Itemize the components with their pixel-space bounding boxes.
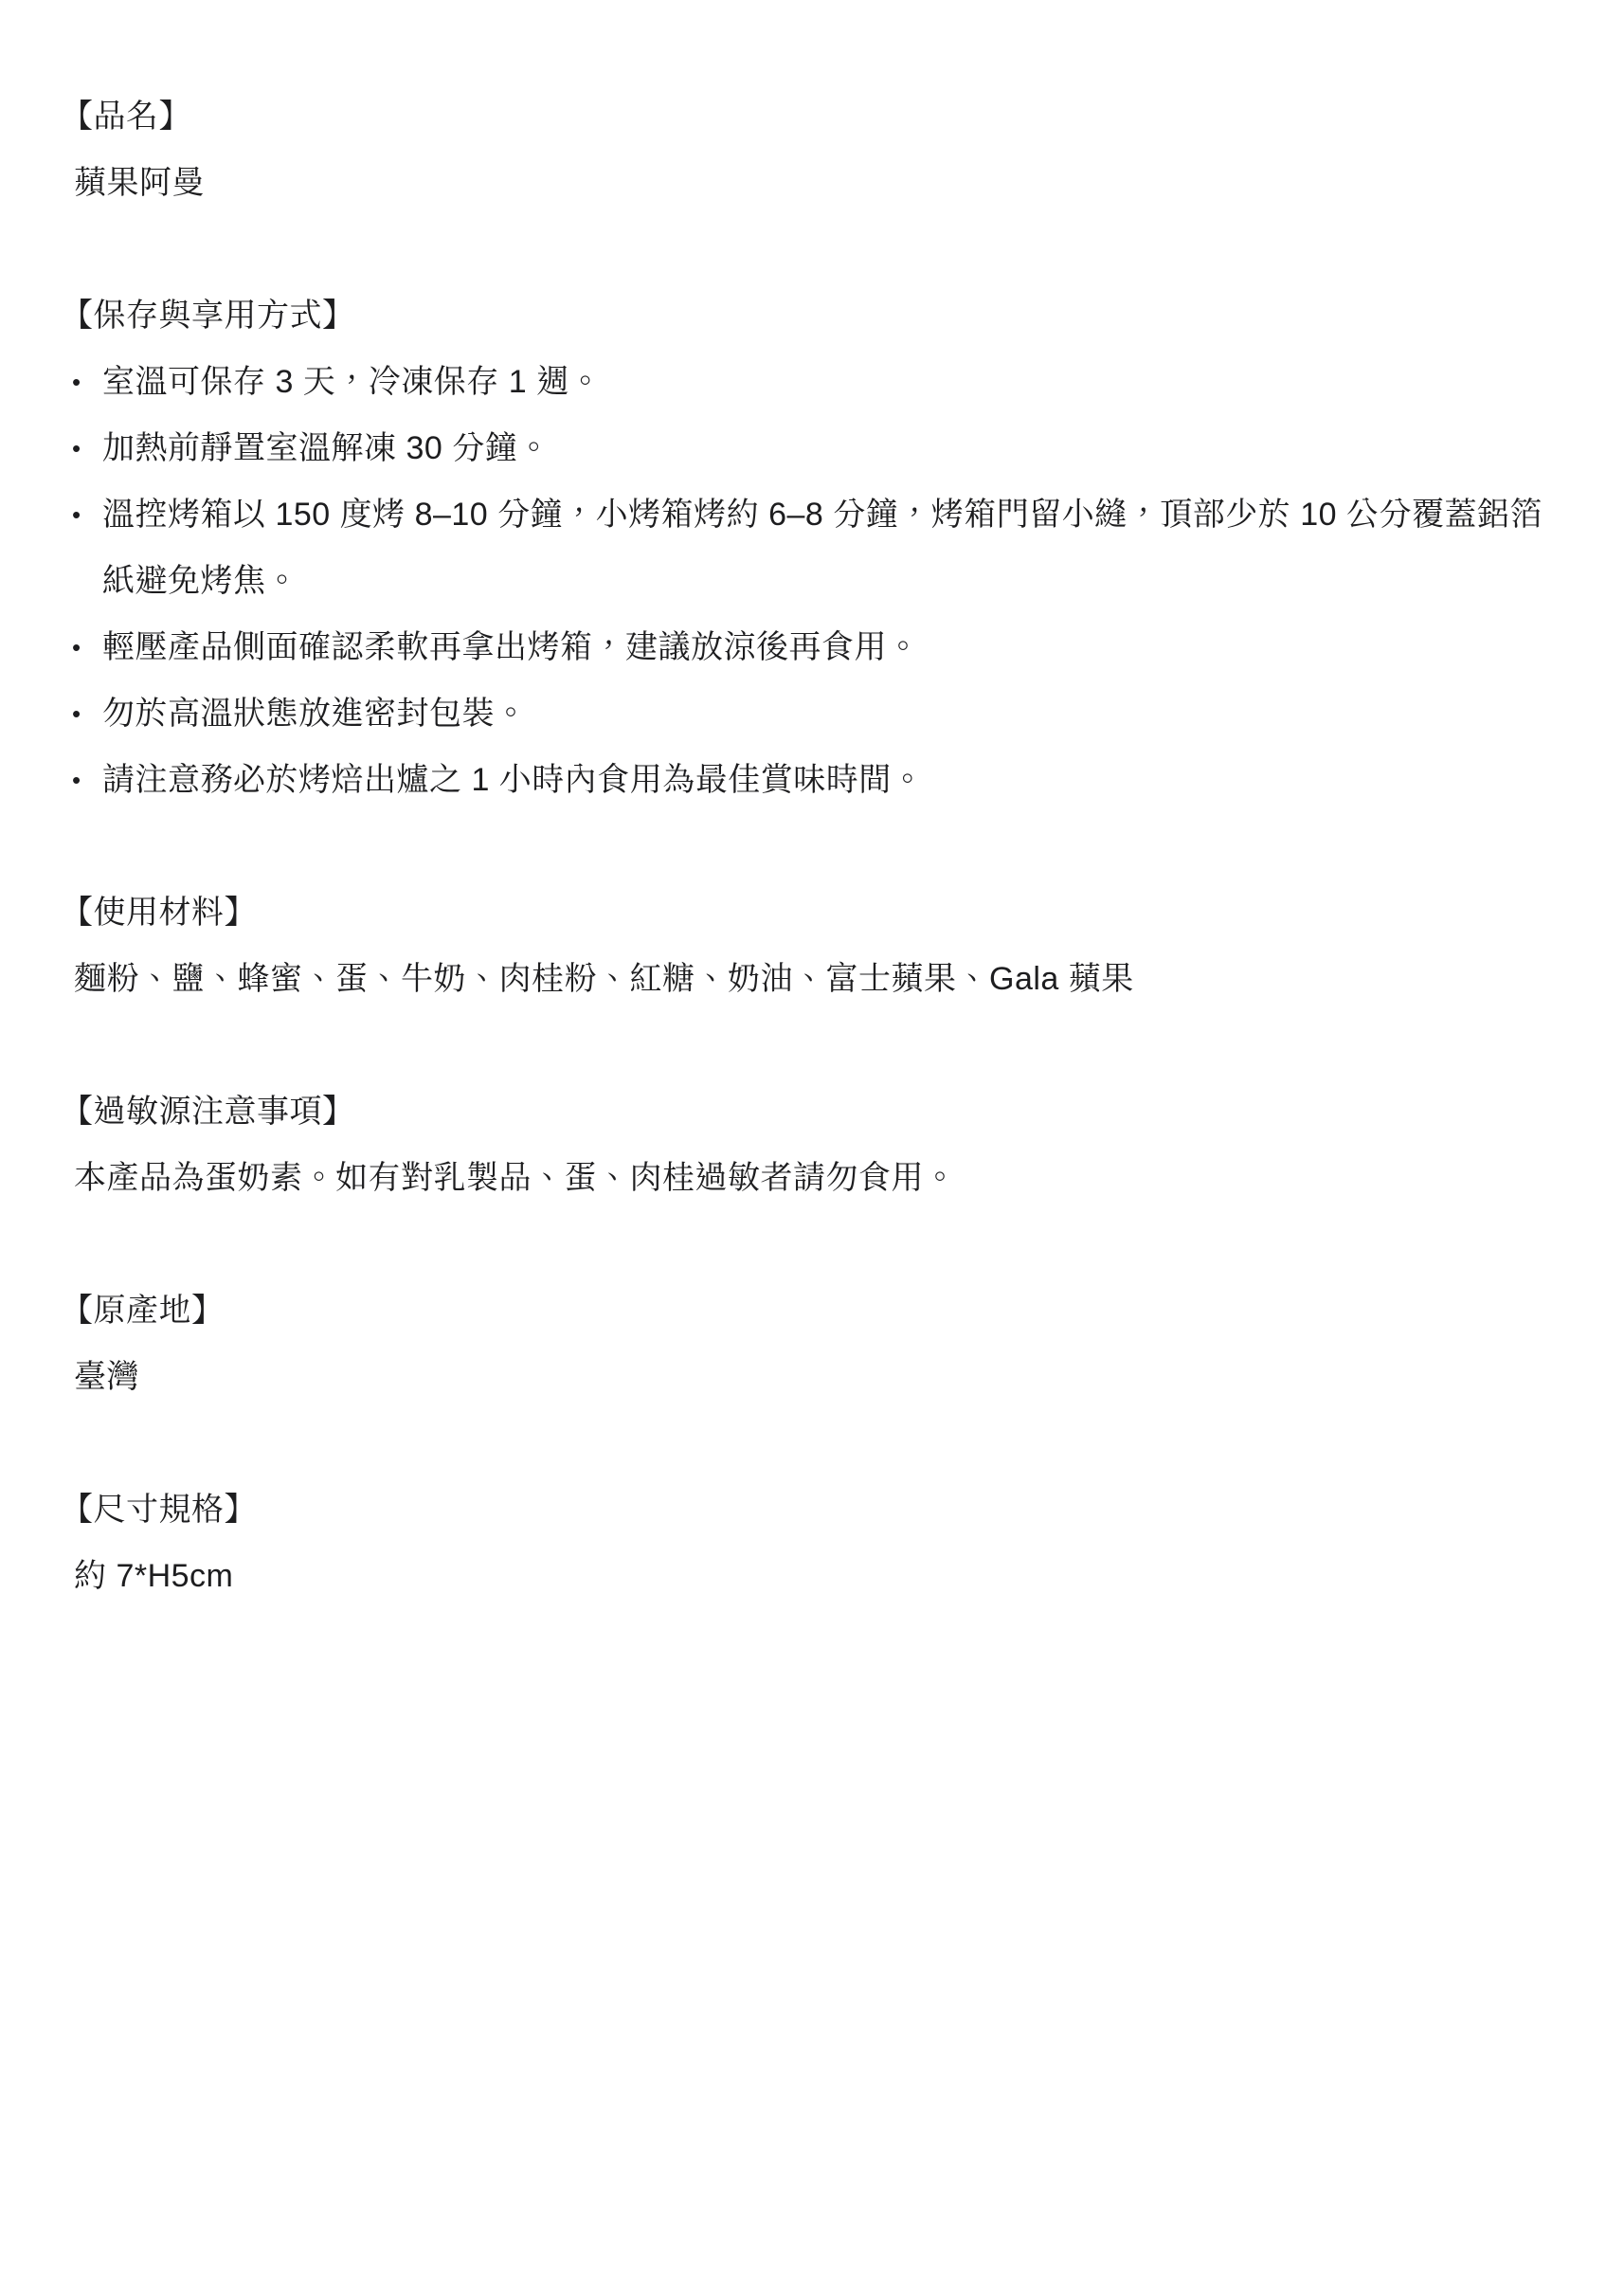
list-item: • 加熱前靜置室溫解凍 30 分鐘。 bbox=[61, 415, 1571, 481]
storage-instructions-heading: 【保存與享用方式】 bbox=[61, 282, 1571, 349]
storage-instruction-text: 輕壓產品側面確認柔軟再拿出烤箱，建議放涼後再食用。 bbox=[102, 629, 920, 665]
storage-instruction-text: 加熱前靜置室溫解凍 30 分鐘。 bbox=[102, 430, 550, 466]
dimensions-heading: 【尺寸規格】 bbox=[61, 1476, 1571, 1543]
section-ingredients: 【使用材料】 麵粉、鹽、蜂蜜、蛋、牛奶、肉桂粉、紅糖、奶油、富士蘋果、Gala … bbox=[61, 879, 1571, 1012]
bullet-icon: • bbox=[72, 481, 81, 548]
section-storage-instructions: 【保存與享用方式】 • 室溫可保存 3 天，冷凍保存 1 週。 • 加熱前靜置室… bbox=[61, 282, 1571, 813]
list-item: • 勿於高溫狀態放進密封包裝。 bbox=[61, 680, 1571, 747]
bullet-icon: • bbox=[72, 747, 81, 813]
list-item: • 請注意務必於烤焙出爐之 1 小時內食用為最佳賞味時間。 bbox=[61, 747, 1571, 813]
storage-instructions-list: • 室溫可保存 3 天，冷凍保存 1 週。 • 加熱前靜置室溫解凍 30 分鐘。… bbox=[61, 349, 1571, 813]
bullet-icon: • bbox=[72, 614, 81, 680]
section-product-name: 【品名】 蘋果阿曼 bbox=[61, 83, 1571, 216]
bullet-icon: • bbox=[72, 349, 81, 415]
storage-instruction-text: 勿於高溫狀態放進密封包裝。 bbox=[102, 696, 528, 732]
storage-instruction-text: 室溫可保存 3 天，冷凍保存 1 週。 bbox=[102, 364, 602, 400]
product-description-document: 【品名】 蘋果阿曼 【保存與享用方式】 • 室溫可保存 3 天，冷凍保存 1 週… bbox=[0, 0, 1624, 2282]
list-item: • 溫控烤箱以 150 度烤 8–10 分鐘，小烤箱烤約 6–8 分鐘，烤箱門留… bbox=[61, 481, 1571, 614]
bullet-icon: • bbox=[72, 680, 81, 747]
origin-value: 臺灣 bbox=[61, 1344, 1571, 1410]
allergen-notice-value: 本產品為蛋奶素。如有對乳製品、蛋、肉桂過敏者請勿食用。 bbox=[61, 1145, 1571, 1211]
storage-instruction-text: 溫控烤箱以 150 度烤 8–10 分鐘，小烤箱烤約 6–8 分鐘，烤箱門留小縫… bbox=[102, 497, 1543, 599]
ingredients-heading: 【使用材料】 bbox=[61, 879, 1571, 946]
origin-heading: 【原產地】 bbox=[61, 1277, 1571, 1344]
product-name-value: 蘋果阿曼 bbox=[61, 150, 1571, 216]
section-dimensions: 【尺寸規格】 約 7*H5cm bbox=[61, 1476, 1571, 1609]
product-name-heading: 【品名】 bbox=[61, 83, 1571, 150]
allergen-notice-heading: 【過敏源注意事項】 bbox=[61, 1078, 1571, 1145]
section-origin: 【原產地】 臺灣 bbox=[61, 1277, 1571, 1410]
section-allergen-notice: 【過敏源注意事項】 本產品為蛋奶素。如有對乳製品、蛋、肉桂過敏者請勿食用。 bbox=[61, 1078, 1571, 1211]
bullet-icon: • bbox=[72, 415, 81, 481]
list-item: • 室溫可保存 3 天，冷凍保存 1 週。 bbox=[61, 349, 1571, 415]
list-item: • 輕壓產品側面確認柔軟再拿出烤箱，建議放涼後再食用。 bbox=[61, 614, 1571, 680]
storage-instruction-text: 請注意務必於烤焙出爐之 1 小時內食用為最佳賞味時間。 bbox=[102, 762, 924, 798]
ingredients-value: 麵粉、鹽、蜂蜜、蛋、牛奶、肉桂粉、紅糖、奶油、富士蘋果、Gala 蘋果 bbox=[61, 946, 1571, 1012]
dimensions-value: 約 7*H5cm bbox=[61, 1543, 1571, 1609]
